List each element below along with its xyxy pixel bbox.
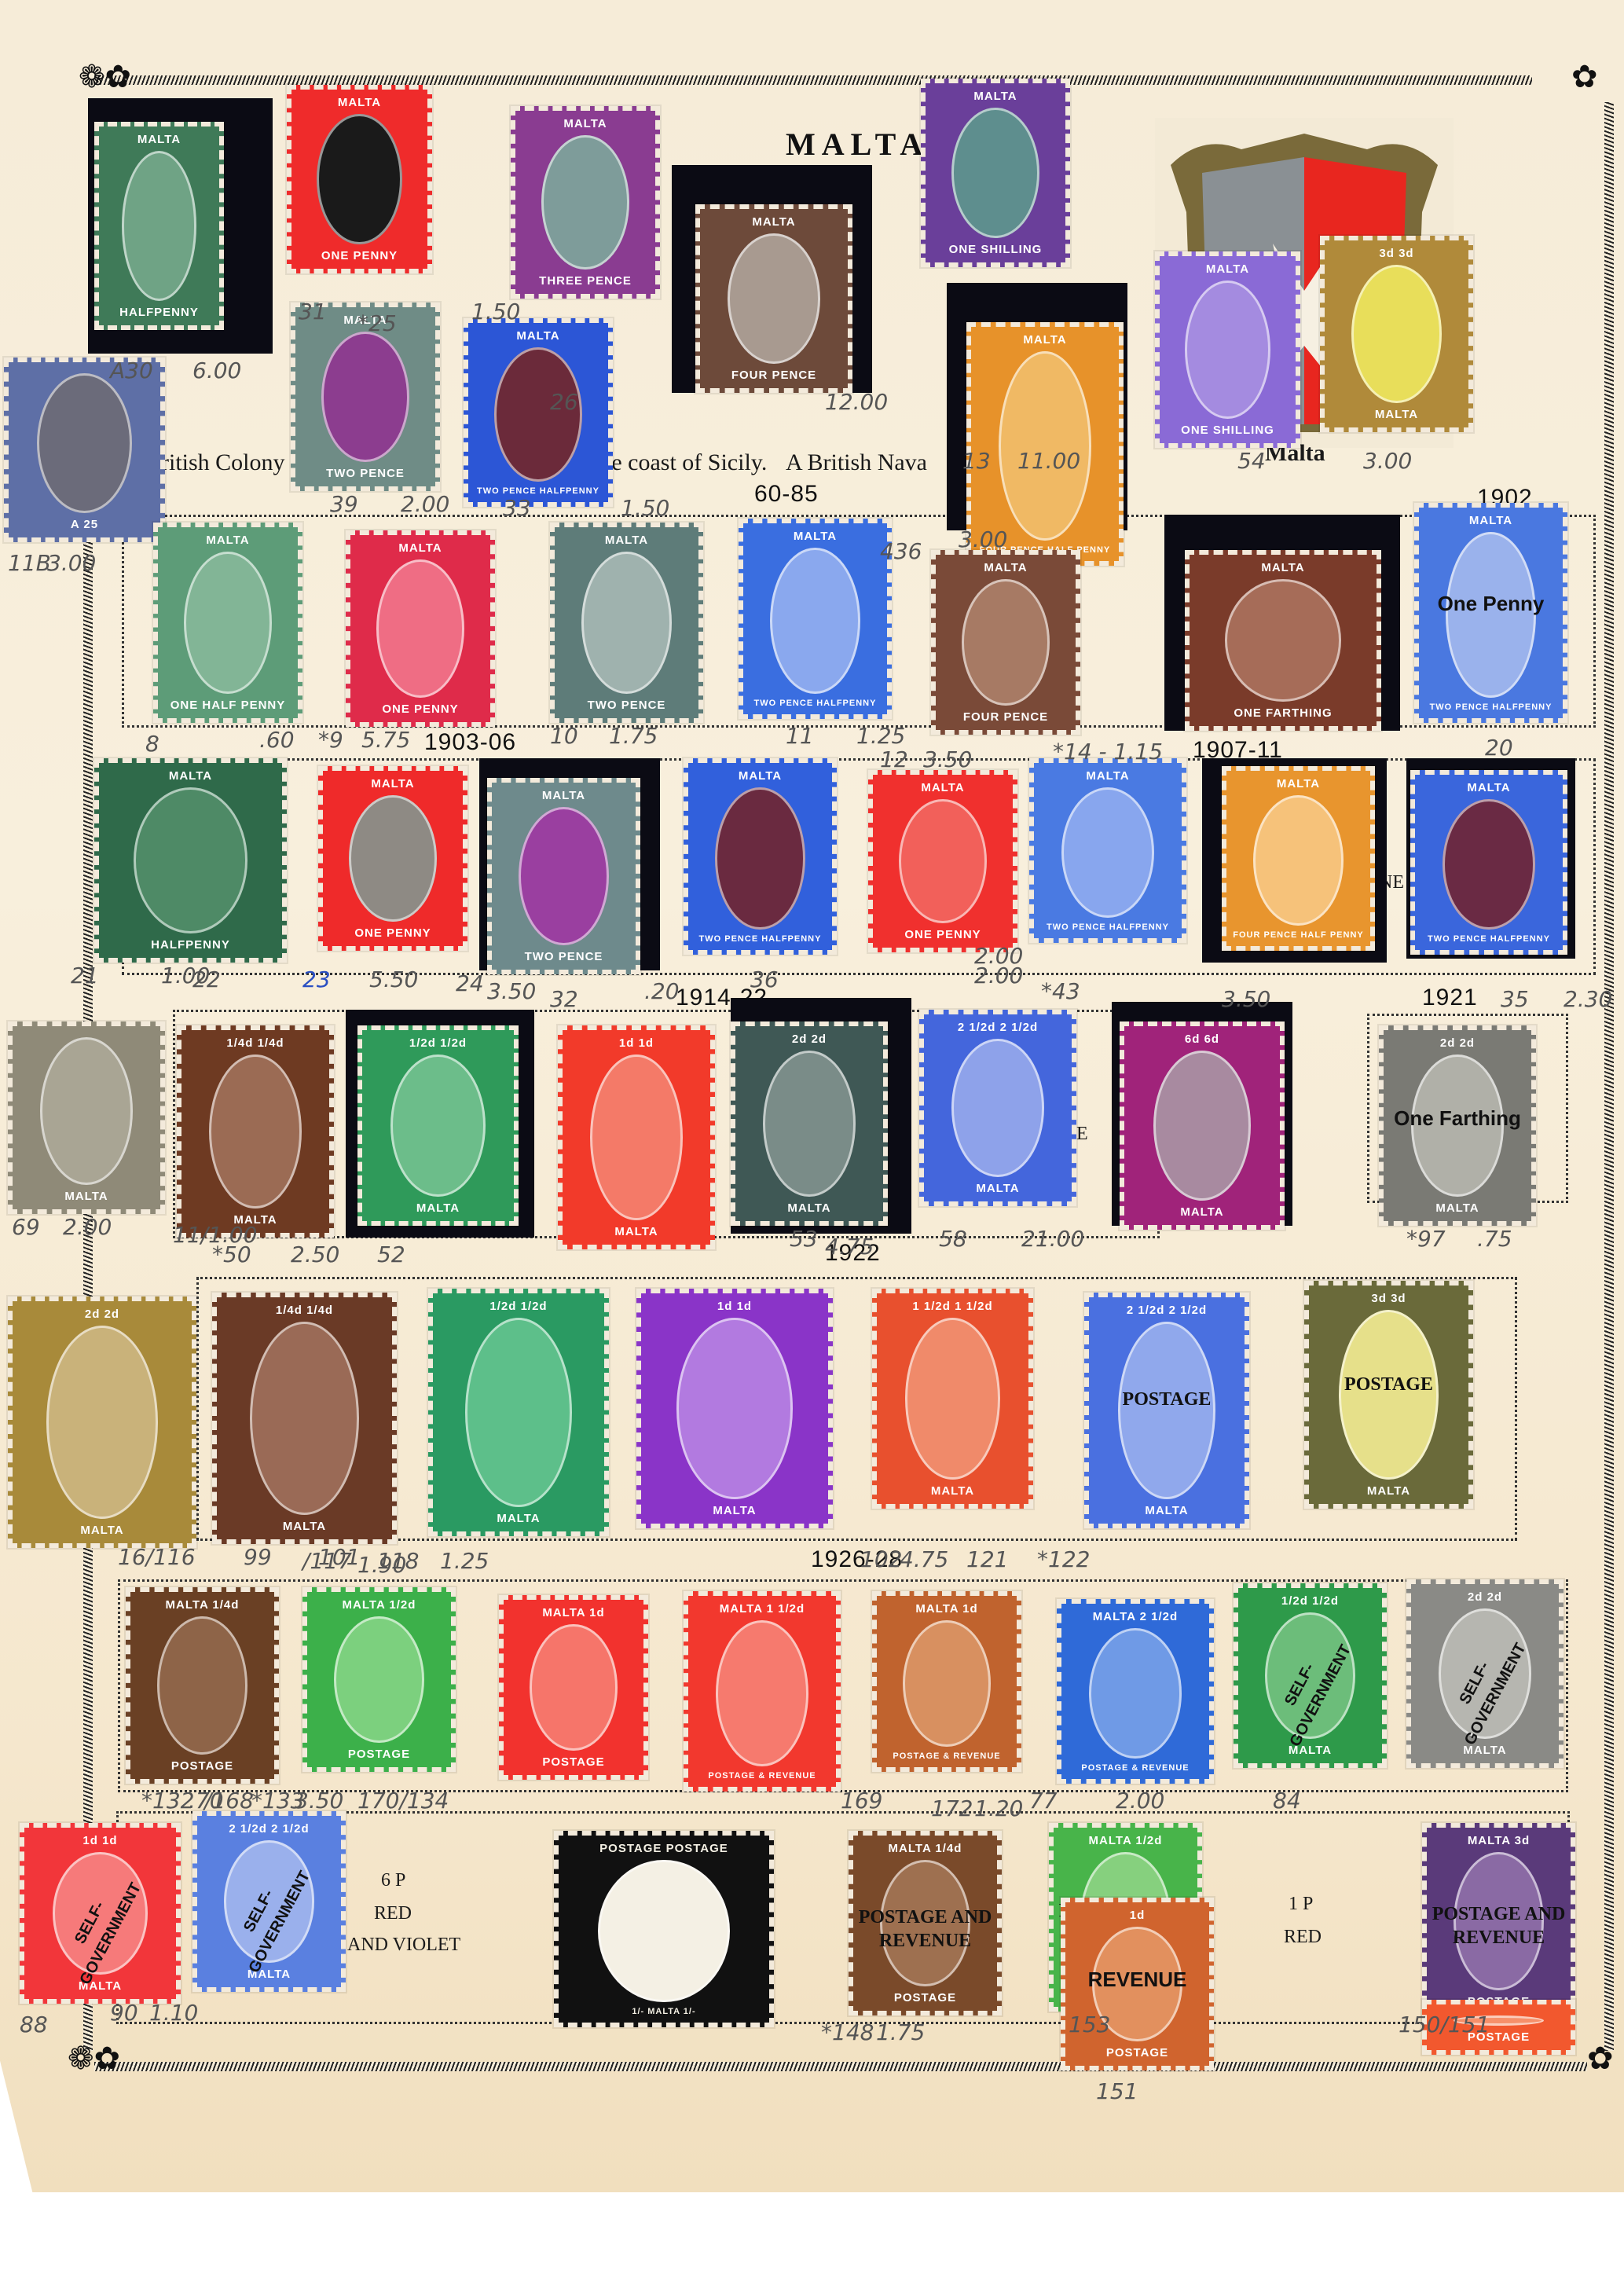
bottom-border: [94, 2062, 1587, 2071]
stamp[interactable]: MALTAONE PENNY: [287, 85, 432, 273]
stamp-top-legend: 1/2d 1/2d: [1281, 1594, 1339, 1608]
stamp[interactable]: 2d 2dMALTA: [8, 1297, 196, 1548]
stamp-top-legend: MALTA: [338, 96, 381, 109]
handwritten-catalog-note: *43: [1041, 978, 1080, 1004]
stamp-top-legend: MALTA: [739, 769, 782, 783]
handwritten-catalog-note: 169: [841, 1788, 882, 1814]
portrait-oval: [590, 1054, 683, 1220]
stamp-bottom-legend: HALFPENNY: [119, 306, 199, 319]
stamp[interactable]: MALTAHALFPENNY: [94, 758, 287, 963]
stamp-bottom-legend: TWO PENCE HALFPENNY: [699, 934, 822, 944]
portrait-oval: [184, 552, 271, 694]
portrait-oval: [530, 1624, 617, 1751]
stamp[interactable]: 2d 2dMALTAOne Farthing: [1379, 1025, 1536, 1226]
handwritten-catalog-note: 8: [145, 731, 159, 757]
portrait-oval: [962, 579, 1049, 706]
empty-space-label: RED: [1284, 1927, 1322, 1948]
stamp[interactable]: MALTA 1dPOSTAGE & REVENUE: [872, 1591, 1021, 1772]
stamp-bottom-legend: TWO PENCE HALFPENNY: [477, 486, 599, 496]
handwritten-catalog-note: 151: [1096, 2078, 1138, 2104]
stamp[interactable]: MALTA 2 1/2dPOSTAGE & REVENUE: [1057, 1599, 1214, 1784]
empty-space-label: E: [1076, 1124, 1088, 1145]
stamp-bottom-legend: MALTA: [283, 1520, 326, 1533]
handwritten-catalog-note: 35: [1501, 986, 1529, 1012]
handwritten-catalog-note: 436: [880, 538, 922, 564]
handwritten-catalog-note: 2.50: [291, 1242, 339, 1267]
stamp[interactable]: 3d 3dMALTA: [1320, 236, 1473, 432]
overprint: One Farthing: [1384, 1106, 1531, 1130]
portrait-oval: [715, 787, 805, 930]
stamp-top-legend: MALTA 1/4d: [889, 1842, 962, 1855]
stamp-top-legend: MALTA: [206, 534, 249, 547]
handwritten-catalog-note: 24: [456, 970, 484, 996]
stamp[interactable]: 2 1/2d 2 1/2dMALTAPOSTAGE: [1084, 1293, 1249, 1528]
handwritten-catalog-note: 1.25: [856, 723, 905, 749]
handwritten-catalog-note: *50: [212, 1242, 251, 1267]
year-header: 60-85: [754, 481, 819, 508]
handwritten-catalog-note: 153: [1069, 2012, 1110, 2037]
portrait-oval: [37, 373, 132, 513]
handwritten-catalog-note: 88: [20, 2012, 48, 2037]
stamp[interactable]: MALTA: [8, 1021, 165, 1214]
portrait-oval: [40, 1037, 133, 1185]
year-header: 1903-06: [424, 729, 516, 756]
overprint: POSTAGE: [1089, 1388, 1245, 1411]
stamp[interactable]: MALTAONE PENNY: [868, 770, 1017, 952]
handwritten-catalog-note: 6.00: [192, 358, 241, 383]
stamp[interactable]: MALTAONE PENNY: [346, 530, 495, 727]
portrait-oval: [209, 1054, 302, 1209]
handwritten-catalog-note: A30: [110, 358, 153, 383]
handwritten-catalog-note: 99: [244, 1544, 272, 1570]
handwritten-catalog-note: 1.75: [876, 2019, 925, 2045]
portrait-oval: [1153, 1051, 1251, 1201]
handwritten-catalog-note: 31: [299, 299, 327, 325]
stamp[interactable]: 2d 2dMALTA: [731, 1021, 888, 1226]
stamp-top-legend: 1 1/2d 1 1/2d: [912, 1300, 992, 1313]
stamp-bottom-legend: TWO PENCE HALFPENNY: [1047, 922, 1169, 932]
handwritten-catalog-note: *97: [1406, 1226, 1446, 1252]
stamp-top-legend: MALTA: [794, 530, 837, 543]
stamp[interactable]: MALTAONE FARTHING: [1185, 550, 1381, 731]
page-title: MALTA: [786, 126, 929, 163]
description-text: A British Nava: [786, 449, 927, 476]
stamp[interactable]: 1d 1dMALTA: [558, 1025, 715, 1249]
portrait-oval: [349, 795, 436, 922]
stamp[interactable]: MALTA 1/4dPOSTAGE: [126, 1587, 279, 1784]
handwritten-catalog-note: 11.00: [1017, 448, 1080, 474]
handwritten-catalog-note: 3.00: [47, 550, 96, 576]
stamp-bottom-legend: MALTA: [614, 1225, 658, 1238]
handwritten-catalog-note: 172: [931, 1795, 973, 1821]
handwritten-catalog-note: *25: [357, 310, 397, 336]
handwritten-catalog-note: 21: [71, 963, 99, 988]
portrait-oval: [334, 1616, 424, 1743]
handwritten-catalog-note: 150/151: [1399, 2012, 1490, 2037]
stamp-bottom-legend: POSTAGE & REVENUE: [893, 1751, 1000, 1761]
stamp-bottom-legend: ONE PENNY: [354, 926, 431, 940]
handwritten-catalog-note: .60: [259, 727, 295, 753]
handwritten-catalog-note: 11B: [8, 550, 51, 576]
stamp-bottom-legend: THREE PENCE: [539, 274, 632, 288]
handwritten-catalog-note: *132: [141, 1788, 194, 1814]
handwritten-catalog-note: 12: [880, 746, 908, 772]
stamp[interactable]: MALTA 1/4dPOSTAGEPOSTAGE AND REVENUE: [849, 1831, 1002, 2015]
handwritten-catalog-note: 54: [1237, 448, 1266, 474]
overprint: POSTAGE: [1309, 1373, 1468, 1396]
stamp-top-legend: MALTA 1d: [542, 1606, 604, 1619]
stamp-top-legend: MALTA 1/2d: [343, 1598, 416, 1612]
stamp-top-legend: MALTA: [563, 117, 607, 130]
overprint: REVENUE: [1065, 1968, 1209, 1991]
stamp-top-legend: 3d 3d: [1371, 1292, 1406, 1305]
handwritten-catalog-note: 20: [1485, 735, 1513, 761]
stamp-bottom-legend: ONE PENNY: [904, 928, 981, 941]
portrait-oval: [1351, 265, 1442, 403]
handwritten-catalog-note: 58: [939, 1226, 967, 1252]
stamp-top-legend: 1/2d 1/2d: [489, 1300, 547, 1313]
stamp[interactable]: MALTATWO PENCE HALFPENNYOne Penny: [1414, 503, 1567, 723]
stamp[interactable]: MALTATWO PENCE HALFPENNY: [684, 758, 837, 955]
portrait-oval: [250, 1322, 359, 1515]
handwritten-catalog-note: 53: [790, 1226, 818, 1252]
handwritten-catalog-note: 5.75: [361, 727, 410, 753]
stamp[interactable]: MALTATHREE PENCE: [511, 106, 660, 299]
stamp-top-legend: MALTA 1/4d: [166, 1598, 240, 1612]
top-border: [94, 75, 1532, 85]
stamp-bottom-legend: TWO PENCE HALFPENNY: [1430, 702, 1553, 712]
stamp[interactable]: 1d 1dMALTASELF-GOVERNMENT: [20, 1823, 181, 2004]
portrait-oval: [157, 1616, 247, 1755]
handwritten-catalog-note: 2.00: [974, 963, 1023, 988]
portrait-oval: [1225, 579, 1342, 702]
stamp-bottom-legend: ONE HALF PENNY: [170, 699, 286, 712]
portrait-oval: [899, 799, 986, 923]
stamp[interactable]: 1/2d 1/2dMALTA: [357, 1025, 519, 1226]
stamp-top-legend: MALTA 1/2d: [1089, 1834, 1163, 1847]
right-border: [1604, 102, 1614, 2051]
stamp[interactable]: MALTAONE HALF PENNY: [153, 523, 302, 723]
handwritten-catalog-note: 84: [1273, 1788, 1301, 1814]
stamp[interactable]: 2 1/2d 2 1/2dMALTASELF-GOVERNMENT: [192, 1811, 346, 1992]
stamp-top-legend: MALTA: [137, 133, 181, 146]
stamp[interactable]: 1/4d 1/4dMALTA: [212, 1293, 397, 1544]
handwritten-catalog-note: 2.00: [63, 1214, 112, 1240]
empty-space-label: 6 P: [381, 1870, 405, 1891]
stamp-top-legend: MALTA: [1467, 781, 1510, 794]
handwritten-catalog-note: *14 - 1.15: [1053, 739, 1163, 765]
handwritten-catalog-note: 2.00: [1116, 1788, 1164, 1814]
album-page: ❁✿ ✿ ❁✿ ✿ MALTA ritish Colony the coast …: [0, 0, 1624, 2192]
stamp-top-legend: MALTA: [605, 534, 648, 547]
stamp-bottom-legend: MALTA: [64, 1190, 108, 1203]
stamp-top-legend: 2d 2d: [792, 1032, 827, 1046]
stamp[interactable]: MALTAONE SHILLING: [921, 79, 1070, 267]
stamp-top-legend: MALTA: [169, 769, 212, 783]
stamp-bottom-legend: A 25: [71, 518, 98, 531]
stamp-top-legend: MALTA: [1086, 769, 1129, 783]
corner-ornament-icon: ❁✿: [79, 61, 131, 93]
handwritten-catalog-note: 2.30: [1564, 986, 1612, 1012]
stamp-top-legend: MALTA: [973, 90, 1017, 103]
stamp-top-legend: MALTA 1d: [915, 1602, 977, 1616]
handwritten-catalog-note: 22: [192, 966, 221, 992]
handwritten-catalog-note: 170/134: [357, 1788, 449, 1814]
portrait-oval: [46, 1326, 158, 1519]
handwritten-catalog-note: 3.50: [295, 1788, 343, 1814]
portrait-oval: [1253, 795, 1344, 926]
handwritten-catalog-note: 4.75: [900, 1546, 948, 1572]
portrait-oval: [465, 1318, 572, 1507]
handwritten-catalog-note: 5.50: [369, 966, 418, 992]
stamp[interactable]: 1/2d 1/2dMALTA: [428, 1289, 609, 1536]
stamp-bottom-legend: ONE PENNY: [382, 702, 458, 716]
stamp[interactable]: MALTA 3dPOSTAGEPOSTAGE AND REVENUE: [1422, 1823, 1575, 2019]
stamp[interactable]: MALTATWO PENCE HALFPENNY: [1029, 758, 1186, 943]
stamp[interactable]: MALTAONE SHILLING: [1155, 251, 1300, 448]
handwritten-catalog-note: 3.00: [959, 526, 1007, 552]
stamp-top-legend: MALTA: [1023, 333, 1066, 347]
stamp-top-legend: POSTAGE POSTAGE: [599, 1842, 728, 1855]
handwritten-catalog-note: 1.50: [621, 495, 669, 521]
stamp-bottom-legend: MALTA: [713, 1504, 756, 1517]
portrait-oval: [1061, 787, 1154, 918]
stamp-bottom-legend: MALTA: [1145, 1504, 1188, 1517]
stamp-top-legend: MALTA: [1261, 561, 1304, 574]
portrait-oval: [122, 151, 197, 301]
handwritten-catalog-note: 10: [550, 723, 578, 749]
stamp-bottom-legend: MALTA: [1367, 1484, 1410, 1498]
stamp-bottom-legend: TWO PENCE: [326, 467, 405, 480]
stamp-bottom-legend: POSTAGE & REVENUE: [708, 1771, 816, 1781]
stamp-top-legend: MALTA: [542, 789, 585, 802]
handwritten-catalog-note: .75: [1477, 1226, 1512, 1252]
stamp-bottom-legend: MALTA: [976, 1182, 1019, 1195]
stamp-top-legend: MALTA: [398, 541, 442, 555]
stamp-bottom-legend: TWO PENCE: [525, 950, 603, 963]
stamp-top-legend: MALTA: [1206, 262, 1249, 276]
handwritten-catalog-note: 1.75: [609, 723, 658, 749]
portrait-oval: [390, 1054, 486, 1197]
stamp-bottom-legend: POSTAGE: [348, 1748, 410, 1761]
description-text: the coast of Sicily.: [593, 449, 767, 476]
stamp[interactable]: MALTA 1/2dPOSTAGE: [302, 1587, 456, 1772]
description-text: ritish Colony: [161, 449, 285, 476]
stamp-bottom-legend: ONE PENNY: [321, 249, 398, 262]
stamp-bottom-legend: MALTA: [787, 1201, 830, 1215]
stamp[interactable]: 1/2d 1/2dMALTASELF-GOVERNMENT: [1234, 1583, 1387, 1768]
handwritten-catalog-note: 102: [860, 1546, 902, 1572]
portrait-oval: [951, 1039, 1044, 1177]
handwritten-catalog-note: 121: [966, 1546, 1008, 1572]
portrait-oval: [728, 233, 820, 364]
stamp[interactable]: A 25: [4, 358, 165, 542]
stamp[interactable]: 2 1/2d 2 1/2dMALTA: [919, 1010, 1076, 1206]
stamp[interactable]: 1 1/2d 1 1/2dMALTA: [872, 1289, 1033, 1509]
stamp-bottom-legend: MALTA: [497, 1512, 540, 1525]
stamp[interactable]: 1d 1dMALTA: [636, 1289, 833, 1528]
portrait-oval: [1089, 1628, 1182, 1759]
stamp-top-legend: 3d 3d: [1379, 247, 1413, 260]
portrait-oval: [376, 559, 464, 698]
portrait-oval: [763, 1051, 856, 1197]
portrait-oval: [581, 552, 672, 694]
handwritten-catalog-note: 2.00: [401, 491, 449, 517]
handwritten-catalog-note: 3.50: [923, 746, 972, 772]
stamp-top-legend: 1d 1d: [619, 1036, 654, 1050]
stamp-top-legend: 2d 2d: [85, 1308, 119, 1321]
stamp-top-legend: 1d 1d: [717, 1300, 752, 1313]
stamp[interactable]: MALTATWO PENCE: [487, 778, 640, 974]
empty-space-label: 1 P: [1289, 1894, 1313, 1915]
stamp-top-legend: 6d 6d: [1185, 1032, 1219, 1046]
portrait-oval: [541, 135, 629, 270]
stamp-bottom-legend: TWO PENCE HALFPENNY: [1428, 934, 1550, 944]
portrait-oval: [317, 114, 401, 244]
stamp-top-legend: MALTA: [371, 777, 414, 790]
stamp-bottom-legend: MALTA: [1180, 1205, 1223, 1219]
stamp-top-legend: 2 1/2d 2 1/2d: [958, 1021, 1038, 1034]
handwritten-catalog-note: 23: [302, 966, 331, 992]
handwritten-catalog-note: 101: [318, 1544, 360, 1570]
stamp-top-legend: MALTA 3d: [1468, 1834, 1530, 1847]
overprint: POSTAGE AND REVENUE: [1427, 1902, 1571, 1949]
portrait-oval: [134, 787, 248, 933]
stamp-bottom-legend: HALFPENNY: [151, 938, 230, 952]
stamp-bottom-legend: POSTAGE & REVENUE: [1081, 1763, 1189, 1773]
stamp-bottom-legend: MALTA: [931, 1484, 974, 1498]
year-header: 1921: [1422, 985, 1478, 1011]
stamp-top-legend: MALTA: [1277, 777, 1320, 790]
corner-ornament-icon: ❁✿: [68, 2043, 120, 2074]
handwritten-catalog-note: 118: [377, 1548, 419, 1574]
portrait-oval: [770, 548, 860, 694]
portrait-oval: [519, 807, 609, 945]
portrait-oval: [903, 1620, 990, 1747]
stamp-top-legend: 1d: [1130, 1909, 1146, 1922]
handwritten-catalog-note: *122: [1037, 1546, 1090, 1572]
handwritten-catalog-note: .20: [644, 978, 680, 1004]
handwritten-catalog-note: 13: [962, 448, 991, 474]
stamp-top-legend: 2 1/2d 2 1/2d: [229, 1822, 309, 1836]
stamp[interactable]: MALTAFOUR PENCE: [931, 550, 1080, 735]
handwritten-catalog-note: *9: [318, 727, 343, 753]
stamp[interactable]: 3d 3dMALTAPOSTAGE: [1304, 1281, 1473, 1509]
stamp-top-legend: 2 1/2d 2 1/2d: [1127, 1304, 1207, 1317]
handwritten-catalog-note: 33: [503, 495, 531, 521]
handwritten-catalog-note: 1.25: [440, 1548, 489, 1574]
handwritten-catalog-note: 36: [750, 966, 779, 992]
handwritten-catalog-note: 26: [550, 389, 578, 415]
handwritten-catalog-note: 1.20: [974, 1795, 1023, 1821]
portrait-oval: [598, 1860, 729, 2002]
stamp-bottom-legend: FOUR PENCE: [731, 369, 816, 382]
handwritten-catalog-note: 39: [330, 491, 358, 517]
stamp-bottom-legend: 1/- MALTA 1/-: [632, 2007, 695, 2016]
stamp[interactable]: 2d 2dMALTASELF-GOVERNMENT: [1406, 1579, 1564, 1768]
handwritten-catalog-note: 11: [786, 723, 814, 749]
stamp[interactable]: MALTAHALFPENNY: [94, 122, 224, 330]
handwritten-catalog-note: 16/116: [118, 1544, 196, 1570]
stamp[interactable]: POSTAGE POSTAGE1/- MALTA 1/-: [554, 1831, 774, 2027]
stamp-top-legend: MALTA: [752, 215, 795, 229]
portrait-oval: [905, 1318, 1000, 1480]
handwritten-catalog-note: 3.00: [1363, 448, 1412, 474]
handwritten-catalog-note: 69: [12, 1214, 40, 1240]
stamp-bottom-legend: ONE FARTHING: [1234, 706, 1332, 720]
stamp-bottom-legend: TWO PENCE: [588, 699, 666, 712]
corner-ornament-icon: ✿: [1587, 2043, 1614, 2074]
stamp-top-legend: 2d 2d: [1440, 1036, 1475, 1050]
stamp-top-legend: 1/2d 1/2d: [409, 1036, 467, 1050]
handwritten-catalog-note: 12.00: [825, 389, 888, 415]
handwritten-catalog-note: 77: [1029, 1788, 1058, 1814]
empty-space-label: AND VIOLET: [347, 1935, 460, 1956]
stamp-top-legend: MALTA 2 1/2d: [1093, 1610, 1178, 1623]
handwritten-catalog-note: 3.50: [487, 978, 536, 1004]
stamp-top-legend: 1/4d 1/4d: [276, 1304, 333, 1317]
handwritten-catalog-note: 4.75: [825, 1234, 874, 1260]
stamp-top-legend: MALTA: [921, 781, 964, 794]
stamp-bottom-legend: FOUR PENCE HALF PENNY: [1233, 930, 1363, 940]
stamp[interactable]: MALTATWO PENCE HALFPENNY: [1410, 770, 1567, 955]
stamp-bottom-legend: POSTAGE: [171, 1759, 233, 1773]
stamp[interactable]: MALTATWO PENCE: [550, 523, 703, 723]
stamp-top-legend: 2d 2d: [1468, 1590, 1502, 1604]
stamp[interactable]: MALTAONE PENNY: [318, 766, 467, 951]
handwritten-catalog-note: 32: [550, 986, 578, 1012]
stamp[interactable]: MALTA 1dPOSTAGE: [499, 1595, 648, 1780]
overprint: POSTAGE AND REVENUE: [853, 1905, 997, 1953]
stamp[interactable]: 6d 6dMALTA: [1120, 1021, 1285, 1230]
handwritten-catalog-note: 90: [110, 2000, 138, 2026]
stamp-bottom-legend: TWO PENCE HALFPENNY: [754, 699, 877, 708]
stamp-bottom-legend: POSTAGE: [894, 1991, 956, 2004]
stamp[interactable]: MALTATWO PENCE HALFPENNY: [464, 318, 613, 507]
handwritten-catalog-note: 3.50: [1222, 986, 1270, 1012]
stamp[interactable]: MALTA 1 1/2dPOSTAGE & REVENUE: [684, 1591, 841, 1792]
left-border: [83, 511, 93, 2051]
stamp-bottom-legend: ONE SHILLING: [949, 243, 1043, 256]
stamp-top-legend: MALTA: [516, 329, 559, 343]
handwritten-catalog-note: *148: [821, 2019, 874, 2045]
stamp[interactable]: MALTAFOUR PENCE: [695, 204, 852, 393]
stamp-top-legend: MALTA: [1469, 514, 1512, 527]
stamp-top-legend: 1/4d 1/4d: [226, 1036, 284, 1050]
handwritten-catalog-note: 1.10: [149, 2000, 198, 2026]
portrait-oval: [1443, 799, 1535, 930]
stamp-bottom-legend: MALTA: [1435, 1201, 1479, 1215]
overprint: One Penny: [1419, 592, 1563, 615]
portrait-oval: [1185, 281, 1270, 419]
empty-space-label: RED: [374, 1903, 412, 1924]
portrait-oval: [951, 108, 1039, 238]
stamp-bottom-legend: MALTA: [416, 1201, 460, 1215]
stamp[interactable]: 1/4d 1/4dMALTA: [177, 1025, 334, 1238]
portrait-oval: [716, 1620, 808, 1766]
stamp-bottom-legend: MALTA: [1375, 408, 1418, 421]
corner-ornament-icon: ✿: [1571, 61, 1598, 93]
stamp-top-legend: MALTA: [984, 561, 1027, 574]
portrait-oval: [321, 332, 409, 462]
stamp-bottom-legend: MALTA: [80, 1524, 123, 1537]
stamp-bottom-legend: POSTAGE: [1106, 2046, 1168, 2059]
stamp[interactable]: MALTAFOUR PENCE HALF PENNY: [1222, 766, 1375, 951]
stamp[interactable]: MALTATWO PENCE HALFPENNY: [739, 519, 892, 719]
stamp[interactable]: 1dPOSTAGEREVENUE: [1061, 1898, 1214, 2070]
handwritten-catalog-note: 1.50: [471, 299, 520, 325]
handwritten-catalog-note: 21.00: [1021, 1226, 1084, 1252]
